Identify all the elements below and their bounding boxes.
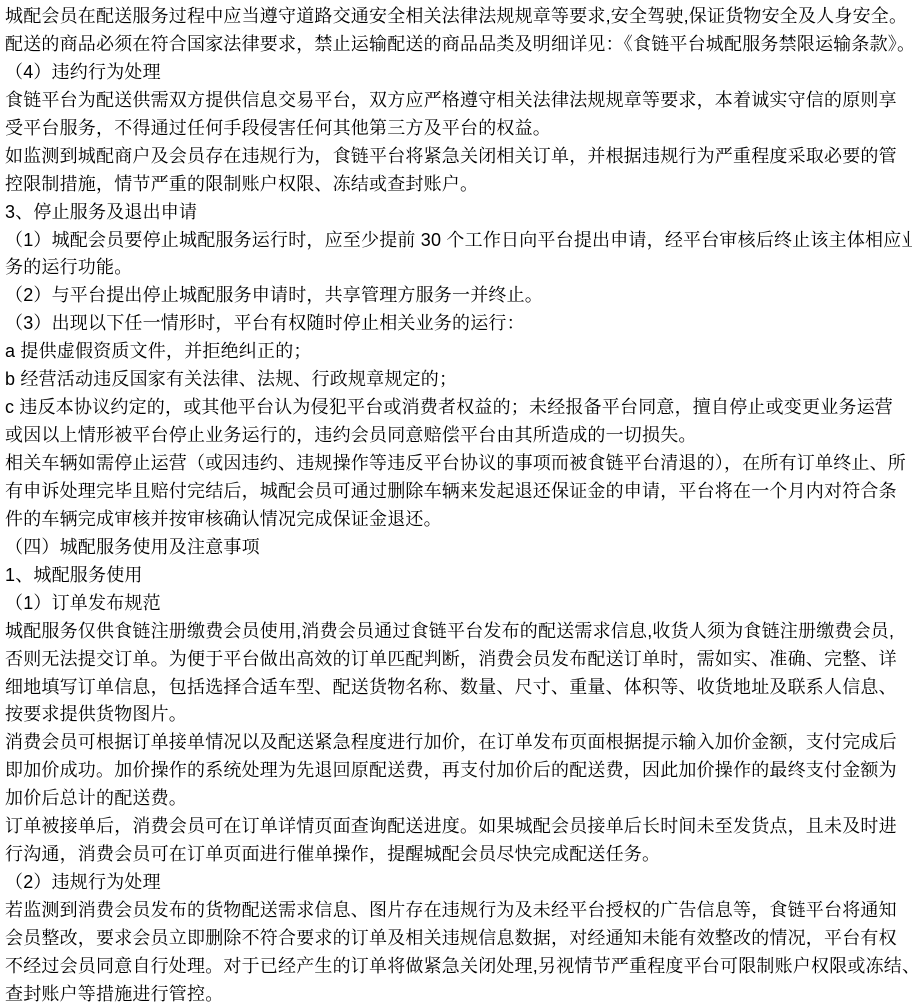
text-line: 否则无法提交订单。为便于平台做出高效的订单匹配判断，消费会员发布配送订单时，需如…: [5, 646, 912, 674]
text-line: （四）城配服务使用及注意事项: [5, 534, 912, 562]
text-line: a 提供虚假资质文件，并拒绝纠正的；: [5, 338, 912, 366]
text-line: （1）订单发布规范: [5, 590, 912, 618]
text-line: （2）与平台提出停止城配服务申请时，共享管理方服务一并终止。: [5, 282, 912, 310]
text-line: 会员整改，要求会员立即删除不符合要求的订单及相关违规信息数据，对经通知未能有效整…: [5, 925, 912, 953]
text-line: 件的车辆完成审核并按审核确认情况完成保证金退还。: [5, 506, 912, 534]
text-line: 1、城配服务使用: [5, 562, 912, 590]
text-line: 务的运行功能。: [5, 254, 912, 282]
text-line: 细地填写订单信息，包括选择合适车型、配送货物名称、数量、尺寸、重量、体积等、收货…: [5, 674, 912, 702]
text-line: 控限制措施，情节严重的限制账户权限、冻结或查封账户。: [5, 171, 912, 199]
text-line: 有申诉处理完毕且赔付完结后，城配会员可通过删除车辆来发起退还保证金的申请，平台将…: [5, 478, 912, 506]
text-line: 消费会员可根据订单接单情况以及配送紧急程度进行加价，在订单发布页面根据提示输入加…: [5, 729, 912, 757]
text-line: b 经营活动违反国家有关法律、法规、行政规章规定的；: [5, 366, 912, 394]
text-line: （4）违约行为处理: [5, 59, 912, 87]
text-line: 或因以上情形被平台停止业务运行的，违约会员同意赔偿平台由其所造成的一切损失。: [5, 422, 912, 450]
text-line: 不经过会员同意自行处理。对于已经产生的订单将做紧急关闭处理,另视情节严重程度平台…: [5, 953, 912, 981]
text-line: 食链平台为配送供需双方提供信息交易平台，双方应严格遵守相关法律法规规章等要求，本…: [5, 87, 912, 115]
text-line: （3）出现以下任一情形时，平台有权随时停止相关业务的运行：: [5, 310, 912, 338]
text-line: 即加价成功。加价操作的系统处理为先退回原配送费，再支付加价后的配送费，因此加价操…: [5, 757, 912, 785]
text-line: 如监测到城配商户及会员存在违规行为，食链平台将紧急关闭相关订单，并根据违规行为严…: [5, 143, 912, 171]
text-line: c 违反本协议约定的，或其他平台认为侵犯平台或消费者权益的；未经报备平台同意，擅…: [5, 394, 912, 422]
text-line: 城配会员在配送服务过程中应当遵守道路交通安全相关法律法规规章等要求,安全驾驶,保…: [5, 3, 912, 31]
text-line: 若监测到消费会员发布的货物配送需求信息、图片存在违规行为及未经平台授权的广告信息…: [5, 897, 912, 925]
text-line: 行沟通，消费会员可在订单页面进行催单操作，提醒城配会员尽快完成配送任务。: [5, 841, 912, 869]
text-line: 相关车辆如需停止运营（或因违约、违规操作等违反平台协议的事项而被食链平台清退的）…: [5, 450, 912, 478]
text-line: 3、停止服务及退出申请: [5, 199, 912, 227]
text-line: 配送的商品必须在符合国家法律要求，禁止运输配送的商品品类及明细详见：《食链平台城…: [5, 31, 912, 59]
text-line: 查封账户等措施进行管控。: [5, 981, 912, 1006]
text-line: （1）城配会员要停止城配服务运行时，应至少提前 30 个工作日向平台提出申请，经…: [5, 227, 912, 255]
text-line: （2）违规行为处理: [5, 869, 912, 897]
text-line: 受平台服务，不得通过任何手段侵害任何其他第三方及平台的权益。: [5, 115, 912, 143]
text-line: 订单被接单后，消费会员可在订单详情页面查询配送进度。如果城配会员接单后长时间未至…: [5, 813, 912, 841]
text-line: 加价后总计的配送费。: [5, 785, 912, 813]
text-line: 城配服务仅供食链注册缴费会员使用,消费会员通过食链平台发布的配送需求信息,收货人…: [5, 618, 912, 646]
text-line: 按要求提供货物图片。: [5, 701, 912, 729]
document-text: 城配会员在配送服务过程中应当遵守道路交通安全相关法律法规规章等要求,安全驾驶,保…: [5, 3, 912, 1006]
document-page: 城配会员在配送服务过程中应当遵守道路交通安全相关法律法规规章等要求,安全驾驶,保…: [0, 0, 920, 1006]
